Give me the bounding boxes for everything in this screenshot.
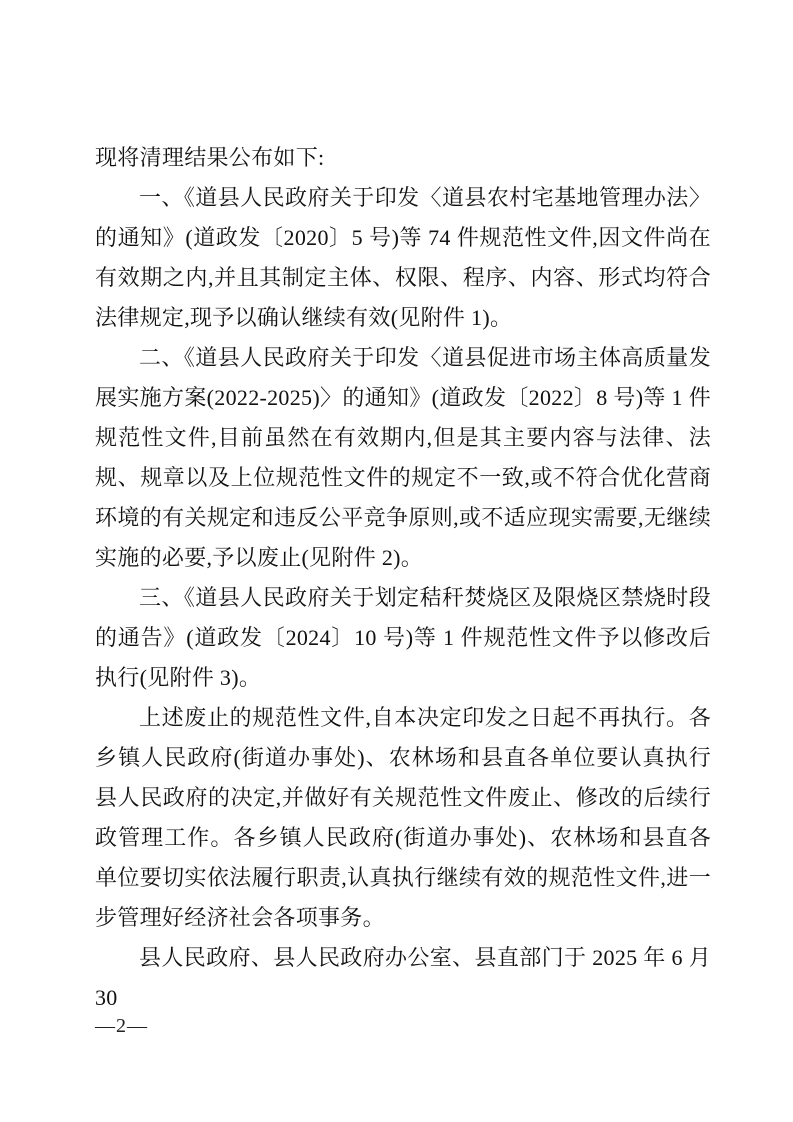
document-body: 现将清理结果公布如下: 一、《道县人民政府关于印发〈道县农村宅基地管理办法〉的通…	[95, 138, 711, 1018]
paragraph-item-3-amended: 三、《道县人民政府关于划定秸秆焚烧区及限烧区禁烧时段的通告》(道政发〔2024〕…	[95, 578, 711, 698]
paragraph-closing-partial: 县人民政府、县人民政府办公室、县直部门于 2025 年 6 月 30	[95, 938, 711, 1018]
paragraph-item-1-continue-valid: 一、《道县人民政府关于印发〈道县农村宅基地管理办法〉的通知》(道政发〔2020〕…	[95, 178, 711, 338]
page-number: —2—	[95, 1012, 148, 1040]
paragraph-implementation: 上述废止的规范性文件,自本决定印发之日起不再执行。各乡镇人民政府(街道办事处)、…	[95, 698, 711, 938]
document-page: 现将清理结果公布如下: 一、《道县人民政府关于印发〈道县农村宅基地管理办法〉的通…	[0, 0, 793, 1122]
paragraph-intro: 现将清理结果公布如下:	[95, 138, 711, 178]
paragraph-item-2-repealed: 二、《道县人民政府关于印发〈道县促进市场主体高质量发展实施方案(2022-202…	[95, 338, 711, 578]
